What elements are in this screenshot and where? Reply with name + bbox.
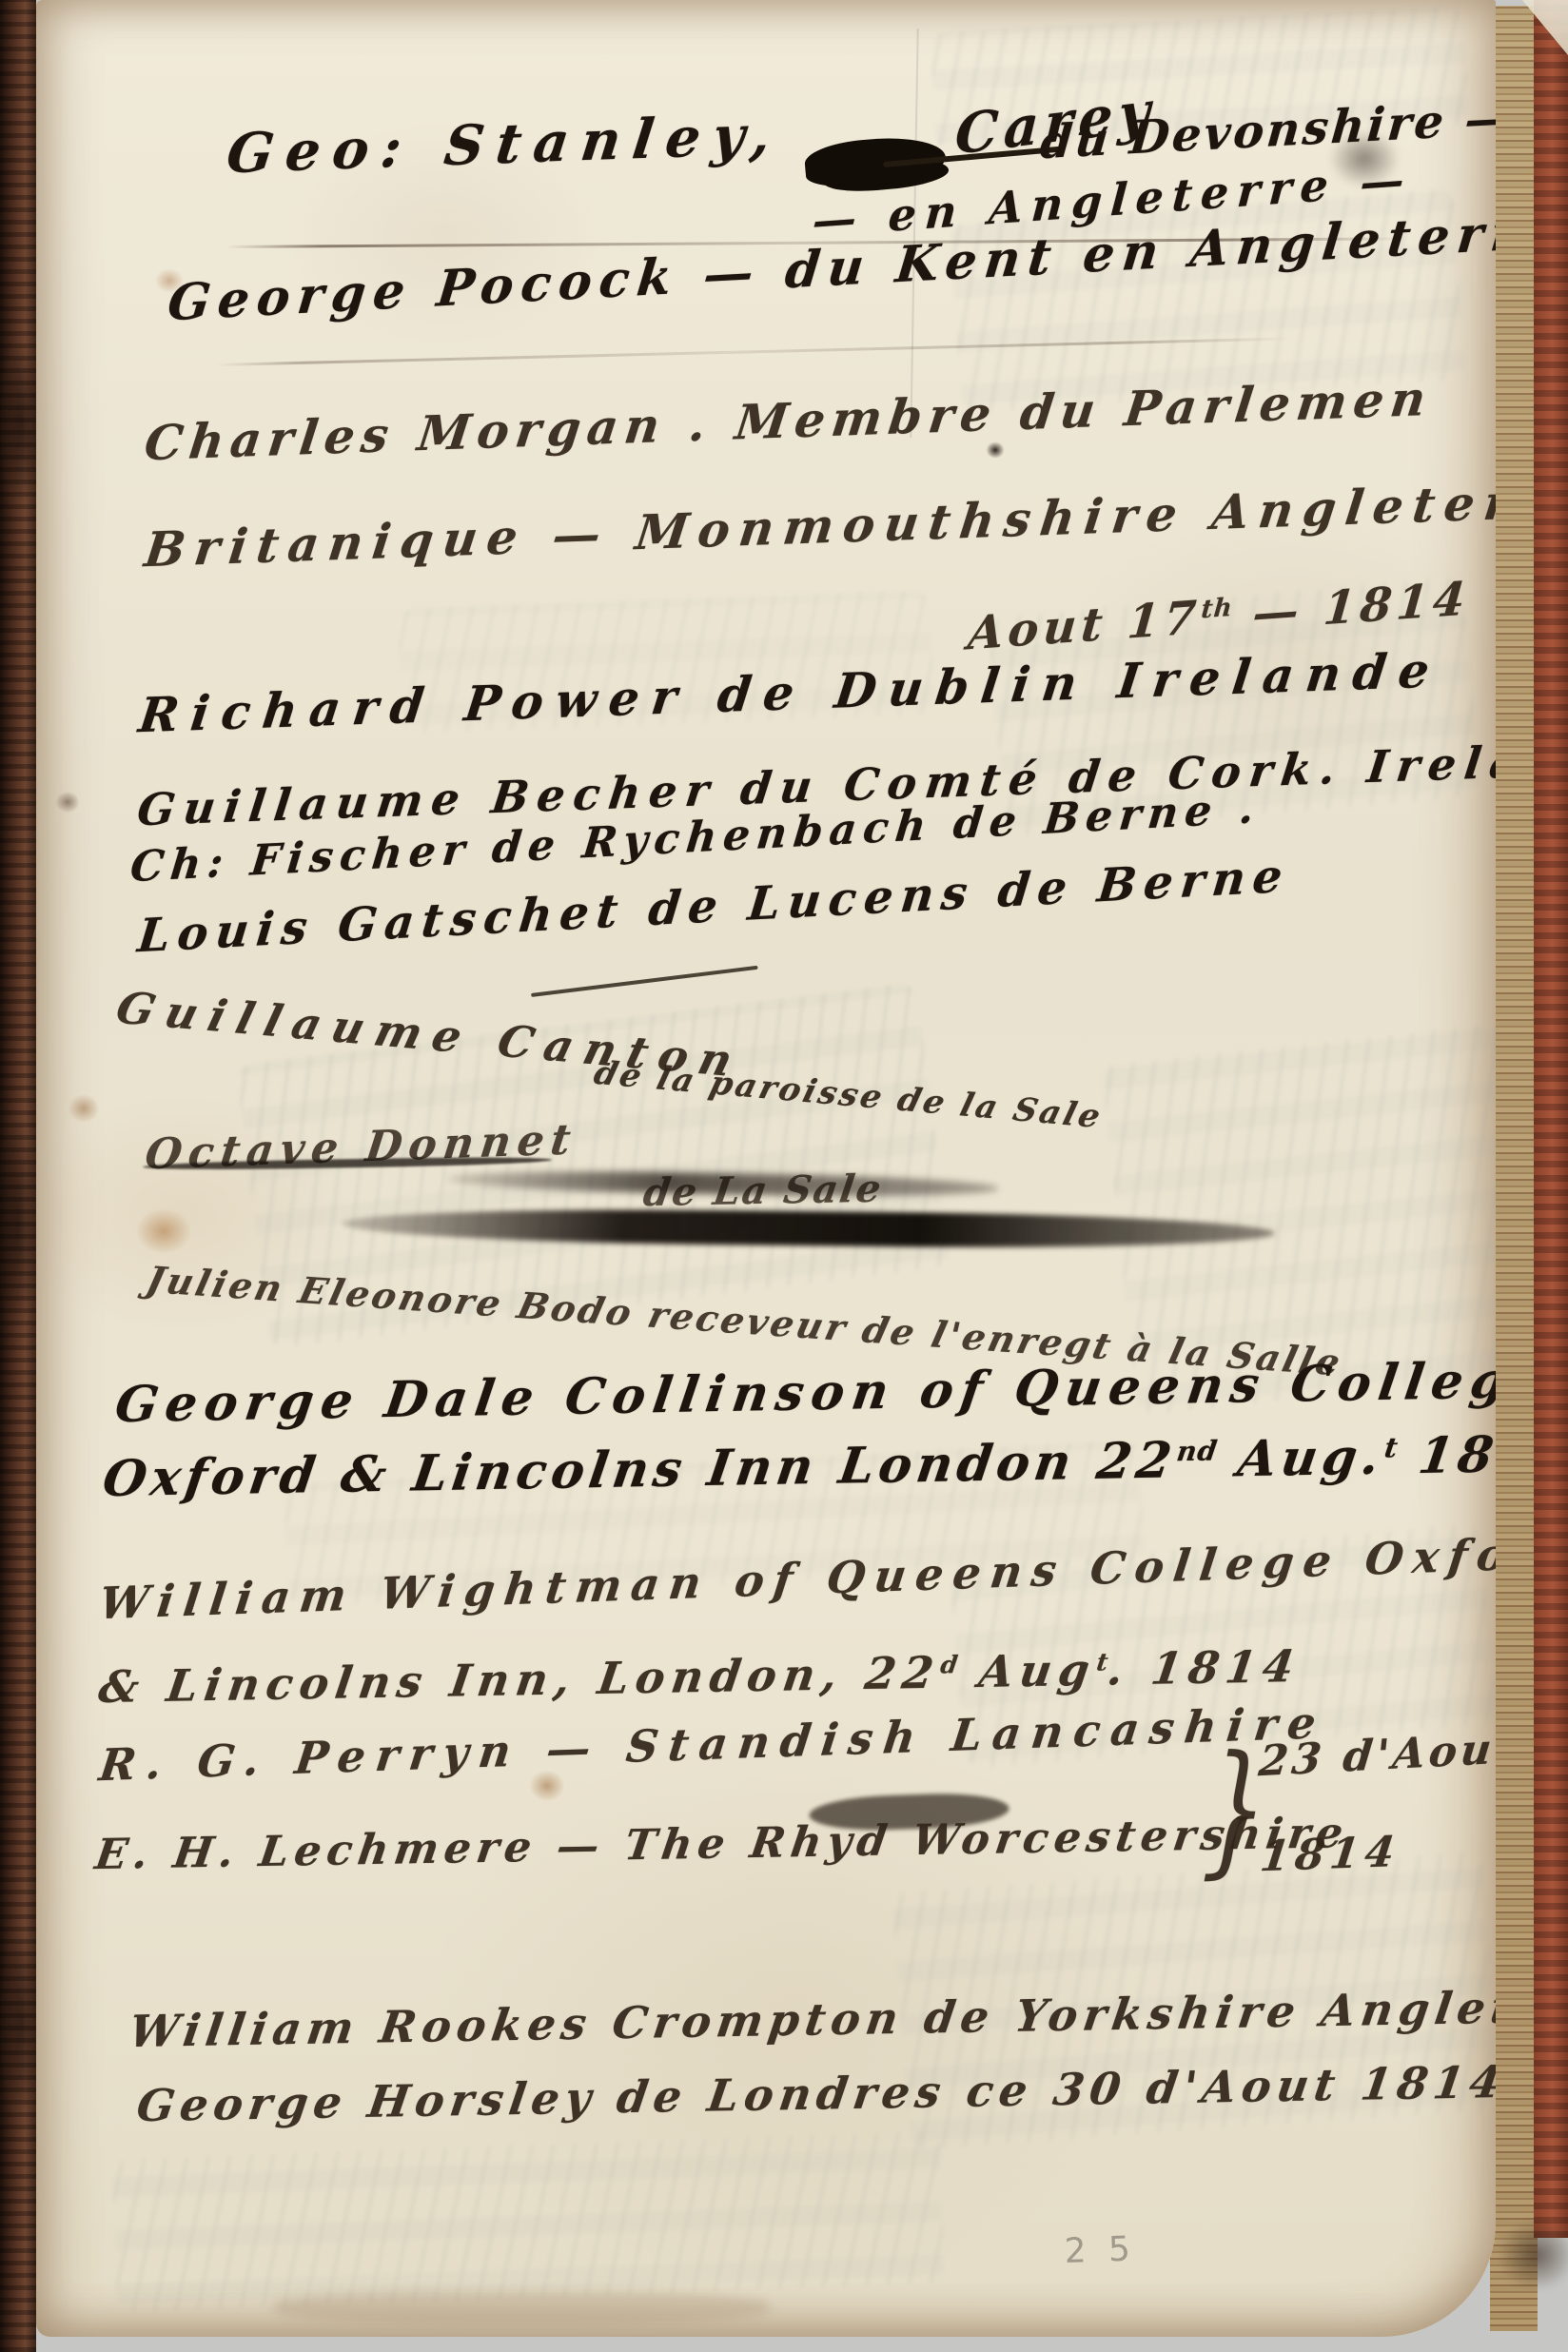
signature-text: Charles Morgan . Membre du Parlemen [142, 370, 1436, 472]
entry-perryn: R. G. Perryn — Standish Lancashire [96, 1696, 1329, 1791]
ink-dot [984, 440, 1007, 461]
entry-lechmere: E. H. Lechmere — The Rhyd Worcestershire [92, 1809, 1352, 1879]
date-text: 1814 [1258, 1828, 1403, 1881]
place-text: & Lincolns Inn, London, 22 [95, 1647, 943, 1714]
date-text: . 1814 [1105, 1640, 1304, 1695]
date-superscript: th [1200, 593, 1234, 625]
signature-text: E. H. Lechmere — The Rhyd Worcestershire [92, 1809, 1352, 1879]
foxing-spot [127, 1201, 201, 1262]
page-number-text: 2 5 [1064, 2229, 1137, 2271]
stain [274, 2291, 769, 2323]
foxing-spot [51, 788, 84, 816]
manuscript-page: Geo: Stanley, Carey du Devonshire — — en… [36, 0, 1496, 2337]
foxing-spot [63, 1089, 105, 1127]
cover-shadow [1484, 2207, 1568, 2303]
date-superscript: nd [1175, 1434, 1221, 1467]
signature-text: George Dale Collinson of Queens College [111, 1351, 1496, 1435]
entry-morgan-line1: Charles Morgan . Membre du Parlemen [142, 370, 1436, 472]
date-text: Aug. [1212, 1428, 1387, 1489]
entry-collinson-line1: George Dale Collinson of Queens College [111, 1351, 1496, 1435]
date-text: Aug [954, 1644, 1100, 1698]
book-cover-right-edge [1534, 0, 1568, 2238]
page-number: 2 5 [1064, 2229, 1137, 2271]
book-binding-left-edge [0, 0, 36, 2352]
signature-flourish [531, 966, 758, 997]
entry-stanley-name: Geo: Stanley, [224, 103, 787, 186]
page-block-right-edge [1490, 6, 1538, 2331]
entry-lechmere-date: 1814 [1258, 1828, 1403, 1881]
entry-morgan-line2: Britanique — Monmouthshire Angleterre [142, 471, 1496, 578]
signature-text: Geo: Stanley, [224, 103, 787, 186]
date-text: 1814 [1393, 1424, 1496, 1485]
bleed-through-ghost-text [112, 2131, 945, 2312]
scanned-register-page: Geo: Stanley, Carey du Devonshire — — en… [0, 0, 1568, 2352]
place-text: Britanique — Monmouthshire Angleterre [142, 471, 1496, 578]
entry-collinson-line2: Oxford & Lincolns Inn London 22nd Aug.t … [99, 1424, 1496, 1508]
signature-text: R. G. Perryn — Standish Lancashire [96, 1696, 1329, 1791]
